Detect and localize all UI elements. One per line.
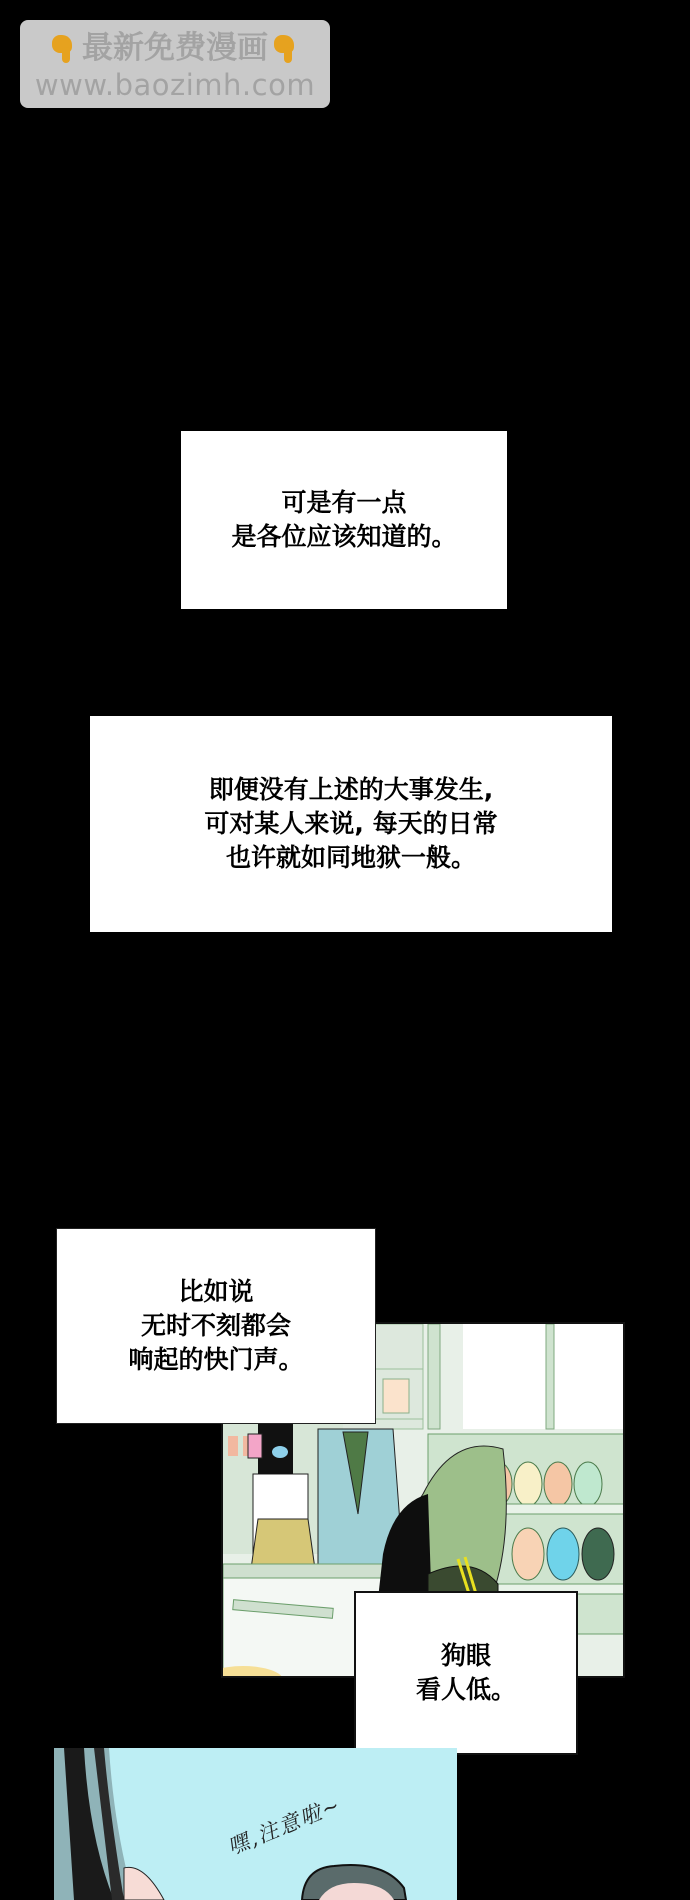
watermark-banner[interactable]: 最新免费漫画 www.baozimh.com [20,20,330,108]
caption-box-3: 比如说 无时不刻都会 响起的快门声。 [56,1228,376,1424]
caption-box-2: 即便没有上述的大事发生, 可对某人来说, 每天的日常 也许就如同地狱一般。 [90,716,612,932]
watermark-title: 最新免费漫画 [82,33,268,64]
bottom-scene-panel: 嘿,注意啦~ [54,1748,457,1900]
caption-box-4: 狗眼 看人低。 [354,1591,578,1755]
caption-line: 即便没有上述的大事发生, [204,773,497,807]
caption-line: 看人低。 [416,1673,516,1707]
caption-line: 是各位应该知道的。 [231,520,456,554]
caption-line: 可对某人来说, 每天的日常 [204,807,497,841]
caption-line: 响起的快门声。 [128,1343,303,1377]
caption-box-1: 可是有一点 是各位应该知道的。 [181,431,507,609]
caption-line: 狗眼 [416,1639,516,1673]
caption-line: 无时不刻都会 [128,1309,303,1343]
pointing-hand-icon [50,31,78,65]
watermark-url[interactable]: www.baozimh.com [20,69,330,101]
caption-line: 可是有一点 [231,486,456,520]
pointing-hand-icon [272,31,300,65]
caption-line: 也许就如同地狱一般。 [204,841,497,875]
caption-line: 比如说 [128,1275,303,1309]
